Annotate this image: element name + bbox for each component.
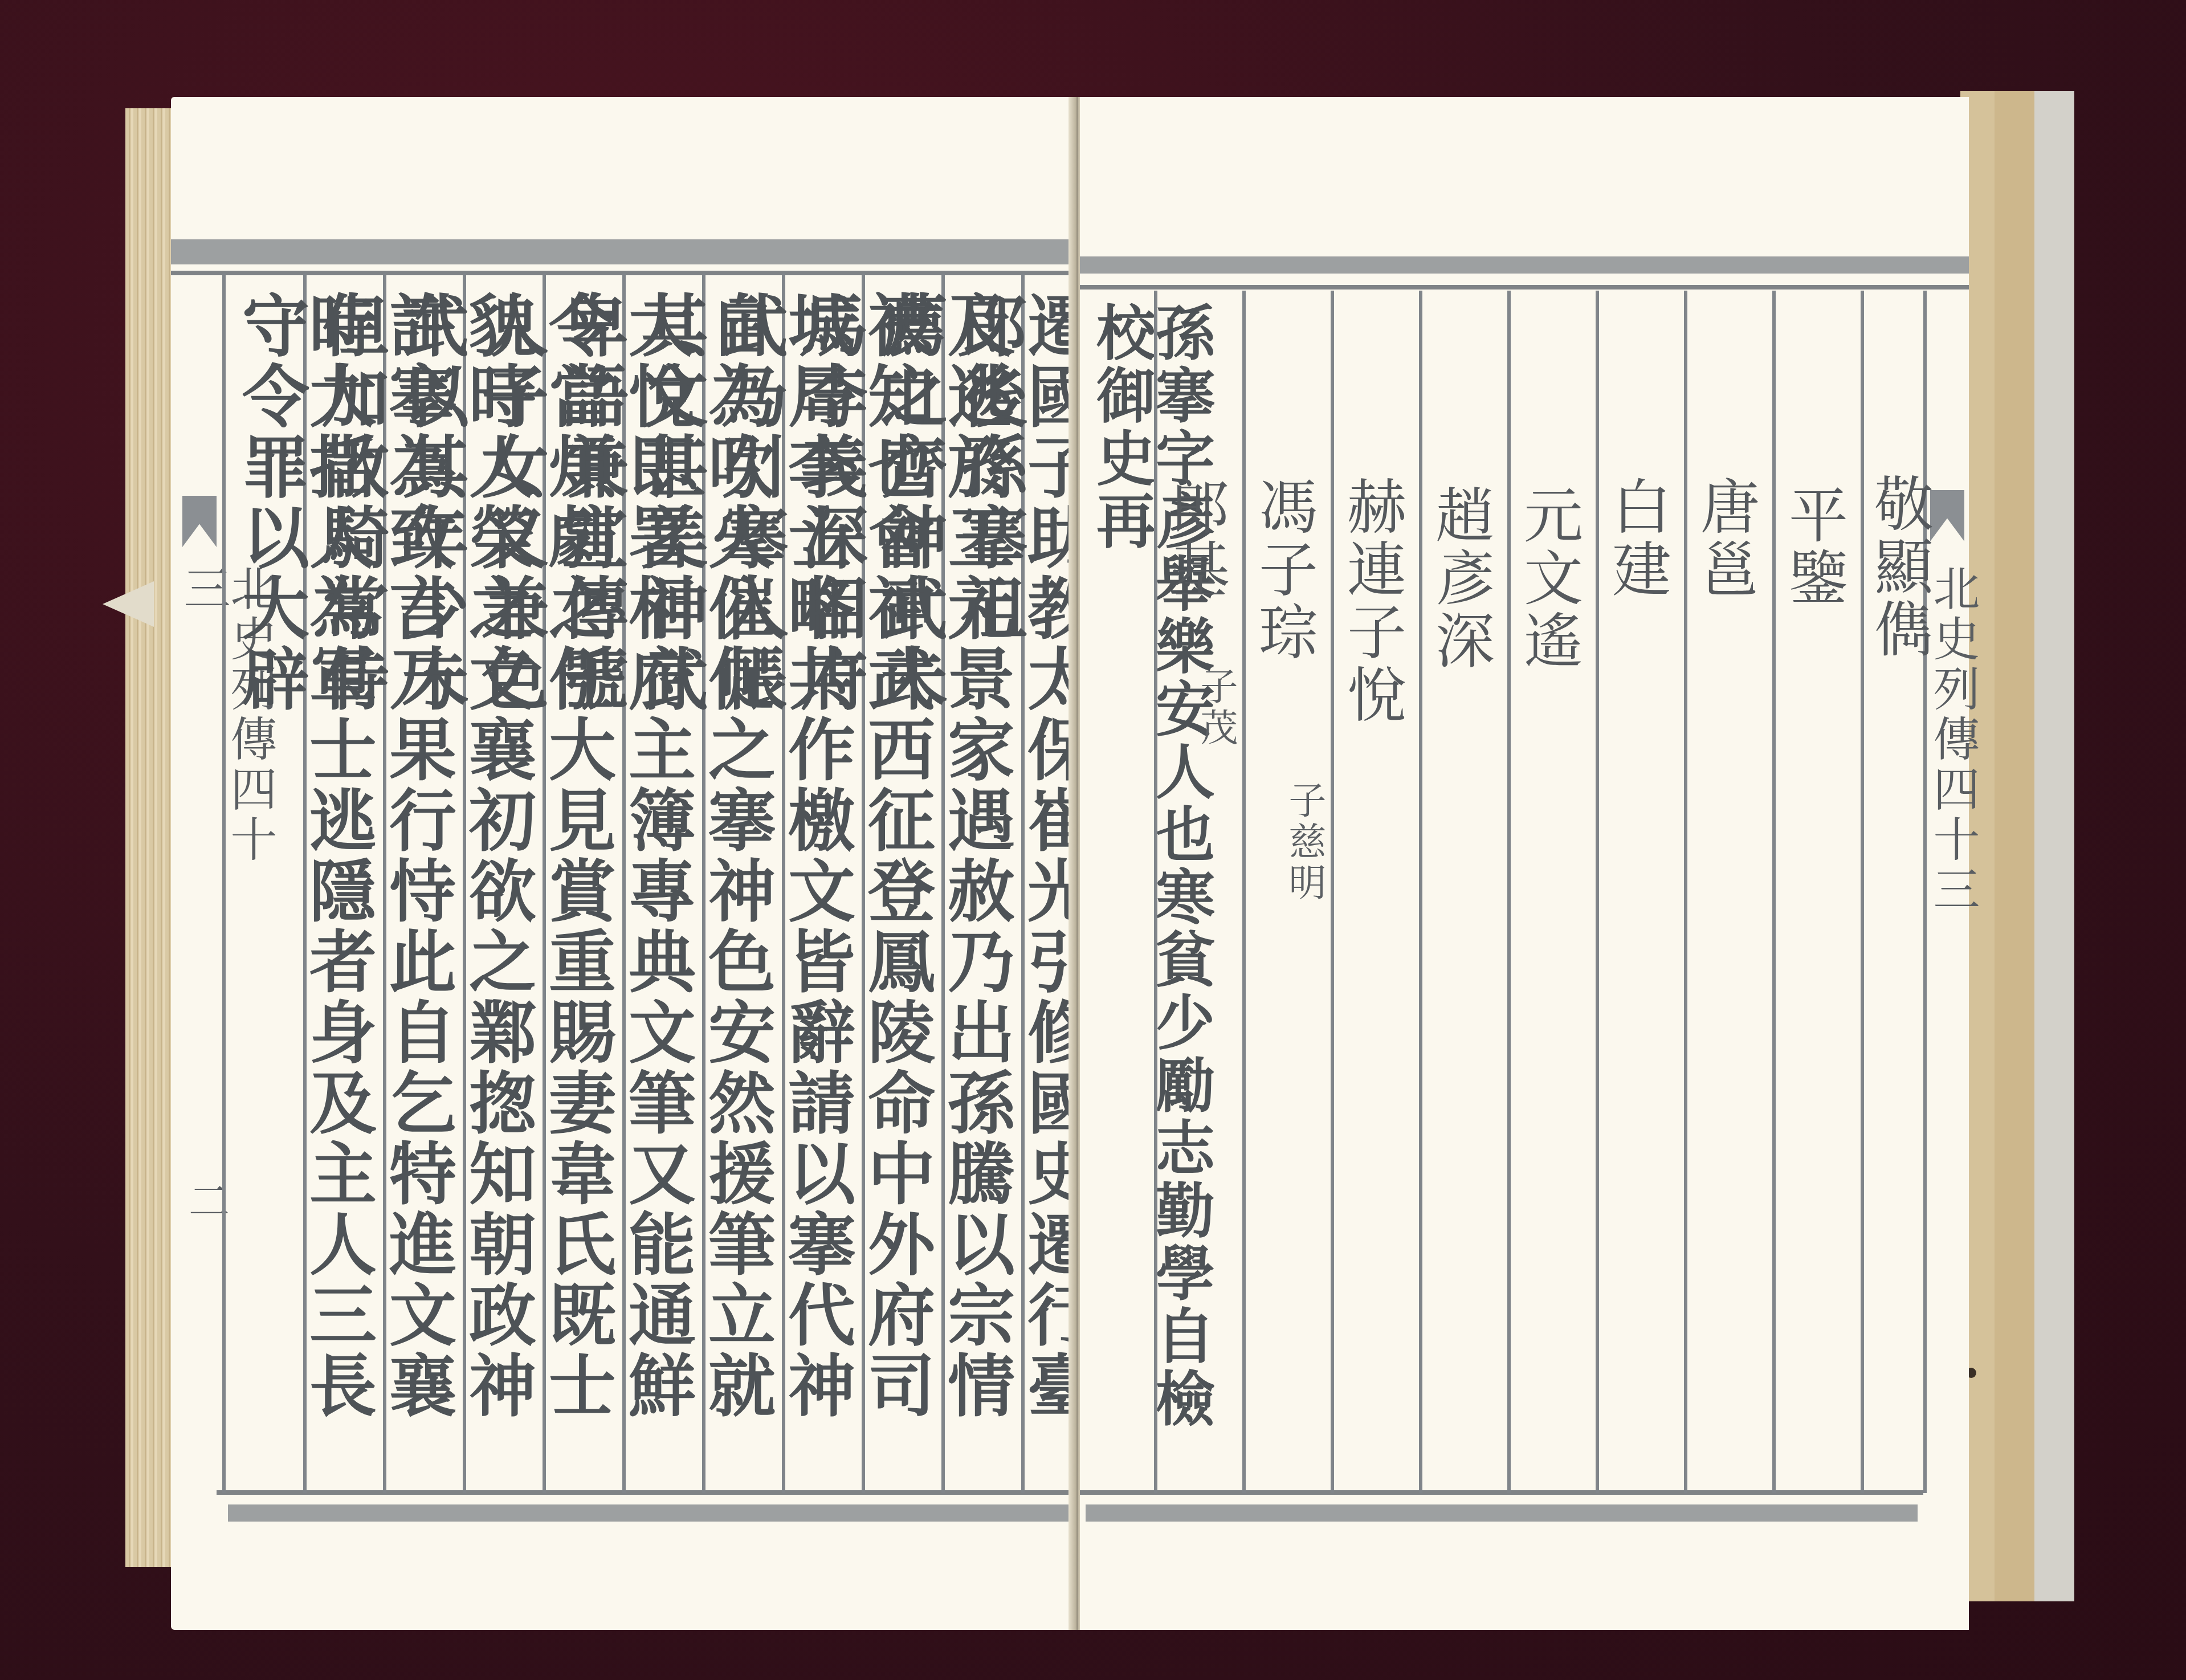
biography-name: 郎基 <box>1165 476 1225 601</box>
bottom-border-band <box>1086 1504 1918 1522</box>
column-rule <box>1684 291 1687 1493</box>
top-border-band <box>1080 256 1969 274</box>
biography-name: 平鑒 <box>1784 484 1843 610</box>
top-border-rule <box>1080 285 1969 289</box>
right-page: 孫搴字彥舉樂安人也寒貧少勵志勤學自檢校御史再 北史列傳四十三 敬顯儁 平鑒 唐邕… <box>1080 97 1969 1630</box>
biography-name: 赫連子悅 <box>1342 476 1401 727</box>
biography-sub-name: 子慈明 <box>1285 781 1323 904</box>
left-page: 北史列傳四十三 二 遷國子助教太保崔光引修國史遷行臺郎後孫搴祖 及逃於王元景家遇… <box>171 97 1071 1630</box>
column-rule <box>222 274 226 1493</box>
biography-name: 趙彥深 <box>1430 484 1490 672</box>
biography-name: 元文遙 <box>1519 484 1578 672</box>
column-rule <box>1772 291 1776 1493</box>
biography-sub-name: 子茂 <box>1197 667 1234 749</box>
left-page-stack-edge <box>125 108 171 1567</box>
biography-name: 唐邕 <box>1695 476 1755 601</box>
column-rule <box>1596 291 1599 1493</box>
fish-tail-mark <box>182 496 217 547</box>
column-rule <box>1331 291 1334 1493</box>
text-column: 時大括人為軍士逃隱者身及主人三長守令罪以大辟 <box>236 291 371 1487</box>
bottom-border-rule <box>1080 1490 1923 1495</box>
top-border-band <box>171 239 1071 264</box>
biography-name: 敬顯儁 <box>1869 473 1928 661</box>
column-rule <box>1419 291 1422 1493</box>
column-rule <box>1507 291 1511 1493</box>
left-page-number: 二 <box>185 1180 226 1224</box>
open-book: 北史列傳四十三 二 遷國子助教太保崔光引修國史遷行臺郎後孫搴祖 及逃於王元景家遇… <box>125 91 2074 1641</box>
right-margin-title: 北史列傳四十三 <box>1929 564 1976 963</box>
column-rule <box>1154 291 1157 1493</box>
column-rule <box>1242 291 1246 1493</box>
column-rule <box>1861 291 1864 1493</box>
bottom-border-band <box>228 1504 1071 1522</box>
biography-name: 白建 <box>1607 476 1666 601</box>
fish-tail-mark <box>1930 490 1964 541</box>
biography-name: 馮子琮 <box>1254 476 1313 664</box>
